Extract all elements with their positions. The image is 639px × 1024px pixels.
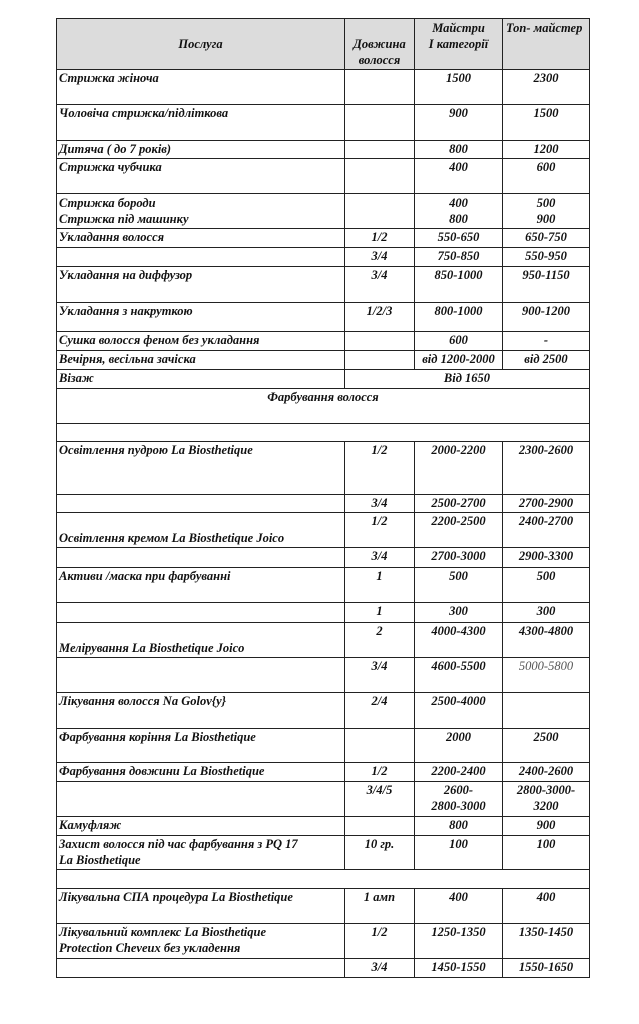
price-master: 100 bbox=[415, 836, 503, 870]
table-row: Вечірня, весільна зачіскавід 1200-2000ві… bbox=[57, 351, 590, 370]
table-row: 3/42700-30002900-3300 bbox=[57, 548, 590, 568]
price-top-master: 4300-4800 bbox=[503, 623, 590, 658]
price-master: 1250-1350 bbox=[415, 924, 503, 959]
price-top-master: 2400-2700 bbox=[503, 513, 590, 548]
hair-length: 3/4 bbox=[345, 658, 415, 693]
service-name: Укладання волосся bbox=[57, 229, 345, 248]
price-master: 900 bbox=[415, 105, 503, 141]
price-top-master: 100 bbox=[503, 836, 590, 870]
price-master: 2500-2700 bbox=[415, 495, 503, 513]
price-top-master: 2300 bbox=[503, 70, 590, 105]
price-top-master: 950-1150 bbox=[503, 267, 590, 303]
price-top-master: 1350-1450 bbox=[503, 924, 590, 959]
price-top-master bbox=[503, 693, 590, 729]
service-name: Фарбування довжини La Biosthetique bbox=[57, 763, 345, 782]
price-master: 750-850 bbox=[415, 248, 503, 267]
hair-length: 1 bbox=[345, 568, 415, 603]
price-top-master: 500 bbox=[503, 568, 590, 603]
service-name bbox=[57, 782, 345, 817]
service-name: Дитяча ( до 7 років) bbox=[57, 141, 345, 159]
service-name: Активи /маска при фарбуванні bbox=[57, 568, 345, 603]
service-name bbox=[57, 548, 345, 568]
table-row: Сушка волосся феном без укладання600- bbox=[57, 332, 590, 351]
table-row: Камуфляж800900 bbox=[57, 817, 590, 836]
service-name: Освітлення пудрою La Biosthetique bbox=[57, 442, 345, 495]
price-master: 800 bbox=[415, 817, 503, 836]
service-name: Чоловіча стрижка/підліткова bbox=[57, 105, 345, 141]
table-row: 3/4750-850550-950 bbox=[57, 248, 590, 267]
price-master: 400 bbox=[415, 159, 503, 194]
price-top-master: від 2500 bbox=[503, 351, 590, 370]
price-top-master: 5000-5800 bbox=[503, 658, 590, 693]
hair-length: 3/4 bbox=[345, 267, 415, 303]
hair-length: 1 bbox=[345, 603, 415, 623]
service-name: Лікування волосся Na Golov{y} bbox=[57, 693, 345, 729]
service-name: Захист волосся під час фарбування з PQ 1… bbox=[57, 836, 345, 870]
hair-length: 1/2/3 bbox=[345, 303, 415, 332]
hair-length bbox=[345, 105, 415, 141]
table-row: Захист волосся під час фарбування з PQ 1… bbox=[57, 836, 590, 870]
header-service: Послуга bbox=[57, 19, 345, 70]
price-top-master: 500900 bbox=[503, 194, 590, 229]
price-top-master: 400 bbox=[503, 889, 590, 924]
price-merged: Від 1650 bbox=[345, 370, 590, 389]
service-name bbox=[57, 603, 345, 623]
price-master: 400800 bbox=[415, 194, 503, 229]
header-top-master: Топ- майстер bbox=[503, 19, 590, 70]
service-name bbox=[57, 495, 345, 513]
header-hair-length: Довжина волосся bbox=[345, 19, 415, 70]
service-name: Камуфляж bbox=[57, 817, 345, 836]
hair-length bbox=[345, 194, 415, 229]
price-top-master: 1550-1650 bbox=[503, 959, 590, 978]
table-row: Мелірування La Biosthetique Joico24000-4… bbox=[57, 623, 590, 658]
table-row: Стрижка чубчика400600 bbox=[57, 159, 590, 194]
price-master: 4600-5500 bbox=[415, 658, 503, 693]
hair-length bbox=[345, 70, 415, 105]
price-top-master: 600 bbox=[503, 159, 590, 194]
service-name: Стрижка жіноча bbox=[57, 70, 345, 105]
table-row: Лікувальна СПА процедура La Biosthetique… bbox=[57, 889, 590, 924]
hair-length: 3/4/5 bbox=[345, 782, 415, 817]
price-master: 2000-2200 bbox=[415, 442, 503, 495]
table-row: Стрижка жіноча15002300 bbox=[57, 70, 590, 105]
section-heading: Фарбування волосся bbox=[57, 389, 590, 424]
table-row: Фарбування коріння La Biosthetique200025… bbox=[57, 729, 590, 763]
price-top-master: 550-950 bbox=[503, 248, 590, 267]
service-name: Стрижка бородиСтрижка під машинку bbox=[57, 194, 345, 229]
hair-length: 2 bbox=[345, 623, 415, 658]
table-row: Фарбування волосся bbox=[57, 389, 590, 424]
price-master: 400 bbox=[415, 889, 503, 924]
price-top-master: 900 bbox=[503, 817, 590, 836]
hair-length bbox=[345, 159, 415, 194]
service-name: Візаж bbox=[57, 370, 345, 389]
table-row: 3/41450-15501550-1650 bbox=[57, 959, 590, 978]
table-row: Стрижка бородиСтрижка під машинку4008005… bbox=[57, 194, 590, 229]
price-top-master: 1200 bbox=[503, 141, 590, 159]
price-top-master: 2900-3300 bbox=[503, 548, 590, 568]
hair-length: 1/2 bbox=[345, 229, 415, 248]
price-master: 500 bbox=[415, 568, 503, 603]
table-row: Лікувальний комплекс La BiosthetiqueProt… bbox=[57, 924, 590, 959]
table-row: 3/42500-27002700-2900 bbox=[57, 495, 590, 513]
price-master: 1450-1550 bbox=[415, 959, 503, 978]
service-name: Освітлення кремом La Biosthetique Joico bbox=[57, 513, 345, 548]
hair-length: 3/4 bbox=[345, 959, 415, 978]
price-top-master: 2400-2600 bbox=[503, 763, 590, 782]
price-top-master: 1500 bbox=[503, 105, 590, 141]
price-top-master: - bbox=[503, 332, 590, 351]
price-top-master: 900-1200 bbox=[503, 303, 590, 332]
price-top-master: 650-750 bbox=[503, 229, 590, 248]
price-master: 550-650 bbox=[415, 229, 503, 248]
table-row: Укладання на диффузор3/4850-1000950-1150 bbox=[57, 267, 590, 303]
table-row: 3/4/52600-2800-30002800-3000-3200 bbox=[57, 782, 590, 817]
hair-length bbox=[345, 729, 415, 763]
table-row: Лікування волосся Na Golov{y}2/42500-400… bbox=[57, 693, 590, 729]
table-row: Освітлення пудрою La Biosthetique1/22000… bbox=[57, 442, 590, 495]
hair-length: 1/2 bbox=[345, 924, 415, 959]
hair-length: 3/4 bbox=[345, 548, 415, 568]
header-master-line2: I категорії bbox=[429, 37, 488, 51]
table-row: Дитяча ( до 7 років)8001200 bbox=[57, 141, 590, 159]
price-master: 2000 bbox=[415, 729, 503, 763]
table-row bbox=[57, 870, 590, 889]
price-master: 2200-2400 bbox=[415, 763, 503, 782]
service-name: Укладання на диффузор bbox=[57, 267, 345, 303]
hair-length bbox=[345, 351, 415, 370]
price-top-master: 2800-3000-3200 bbox=[503, 782, 590, 817]
header-master-line1: Майстри bbox=[432, 21, 485, 35]
hair-length: 1 амп bbox=[345, 889, 415, 924]
hair-length: 10 гр. bbox=[345, 836, 415, 870]
price-top-master: 2700-2900 bbox=[503, 495, 590, 513]
service-name bbox=[57, 959, 345, 978]
price-top-master: 2300-2600 bbox=[503, 442, 590, 495]
table-row: Фарбування довжини La Biosthetique1/2220… bbox=[57, 763, 590, 782]
price-master: 4000-4300 bbox=[415, 623, 503, 658]
price-master: 2700-3000 bbox=[415, 548, 503, 568]
table-row: Укладання з накруткою1/2/3800-1000900-12… bbox=[57, 303, 590, 332]
table-row: 3/44600-55005000-5800 bbox=[57, 658, 590, 693]
price-top-master: 300 bbox=[503, 603, 590, 623]
hair-length: 1/2 bbox=[345, 763, 415, 782]
service-name: Лікувальний комплекс La BiosthetiqueProt… bbox=[57, 924, 345, 959]
price-list-table: Послуга Довжина волосся Майстри I катего… bbox=[56, 18, 590, 978]
hair-length: 3/4 bbox=[345, 495, 415, 513]
table-row: ВізажВід 1650 bbox=[57, 370, 590, 389]
hair-length bbox=[345, 817, 415, 836]
hair-length: 3/4 bbox=[345, 248, 415, 267]
service-name bbox=[57, 248, 345, 267]
service-name bbox=[57, 658, 345, 693]
service-name: Вечірня, весільна зачіска bbox=[57, 351, 345, 370]
price-master: 2500-4000 bbox=[415, 693, 503, 729]
table-row: Активи /маска при фарбуванні1500500 bbox=[57, 568, 590, 603]
price-master: 600 bbox=[415, 332, 503, 351]
service-name: Фарбування коріння La Biosthetique bbox=[57, 729, 345, 763]
price-master: 1500 bbox=[415, 70, 503, 105]
hair-length: 1/2 bbox=[345, 442, 415, 495]
price-master: 300 bbox=[415, 603, 503, 623]
blank-row-cell bbox=[57, 424, 590, 442]
hair-length bbox=[345, 332, 415, 351]
price-top-master: 2500 bbox=[503, 729, 590, 763]
table-row: Укладання волосся1/2550-650650-750 bbox=[57, 229, 590, 248]
price-master: від 1200-2000 bbox=[415, 351, 503, 370]
table-row: Чоловіча стрижка/підліткова9001500 bbox=[57, 105, 590, 141]
hair-length: 1/2 bbox=[345, 513, 415, 548]
table-body: Стрижка жіноча15002300Чоловіча стрижка/п… bbox=[57, 70, 590, 978]
price-master: 800 bbox=[415, 141, 503, 159]
table-row bbox=[57, 424, 590, 442]
hair-length bbox=[345, 141, 415, 159]
service-name: Лікувальна СПА процедура La Biosthetique bbox=[57, 889, 345, 924]
price-master: 800-1000 bbox=[415, 303, 503, 332]
table-header-row: Послуга Довжина волосся Майстри I катего… bbox=[57, 19, 590, 70]
service-name: Стрижка чубчика bbox=[57, 159, 345, 194]
price-master: 2200-2500 bbox=[415, 513, 503, 548]
table-row: Освітлення кремом La Biosthetique Joico1… bbox=[57, 513, 590, 548]
price-master: 2600-2800-3000 bbox=[415, 782, 503, 817]
blank-row-cell bbox=[57, 870, 590, 889]
service-name: Мелірування La Biosthetique Joico bbox=[57, 623, 345, 658]
service-name: Укладання з накруткою bbox=[57, 303, 345, 332]
table-row: 1300300 bbox=[57, 603, 590, 623]
header-master-first-category: Майстри I категорії bbox=[415, 19, 503, 70]
price-master: 850-1000 bbox=[415, 267, 503, 303]
service-name: Сушка волосся феном без укладання bbox=[57, 332, 345, 351]
hair-length: 2/4 bbox=[345, 693, 415, 729]
